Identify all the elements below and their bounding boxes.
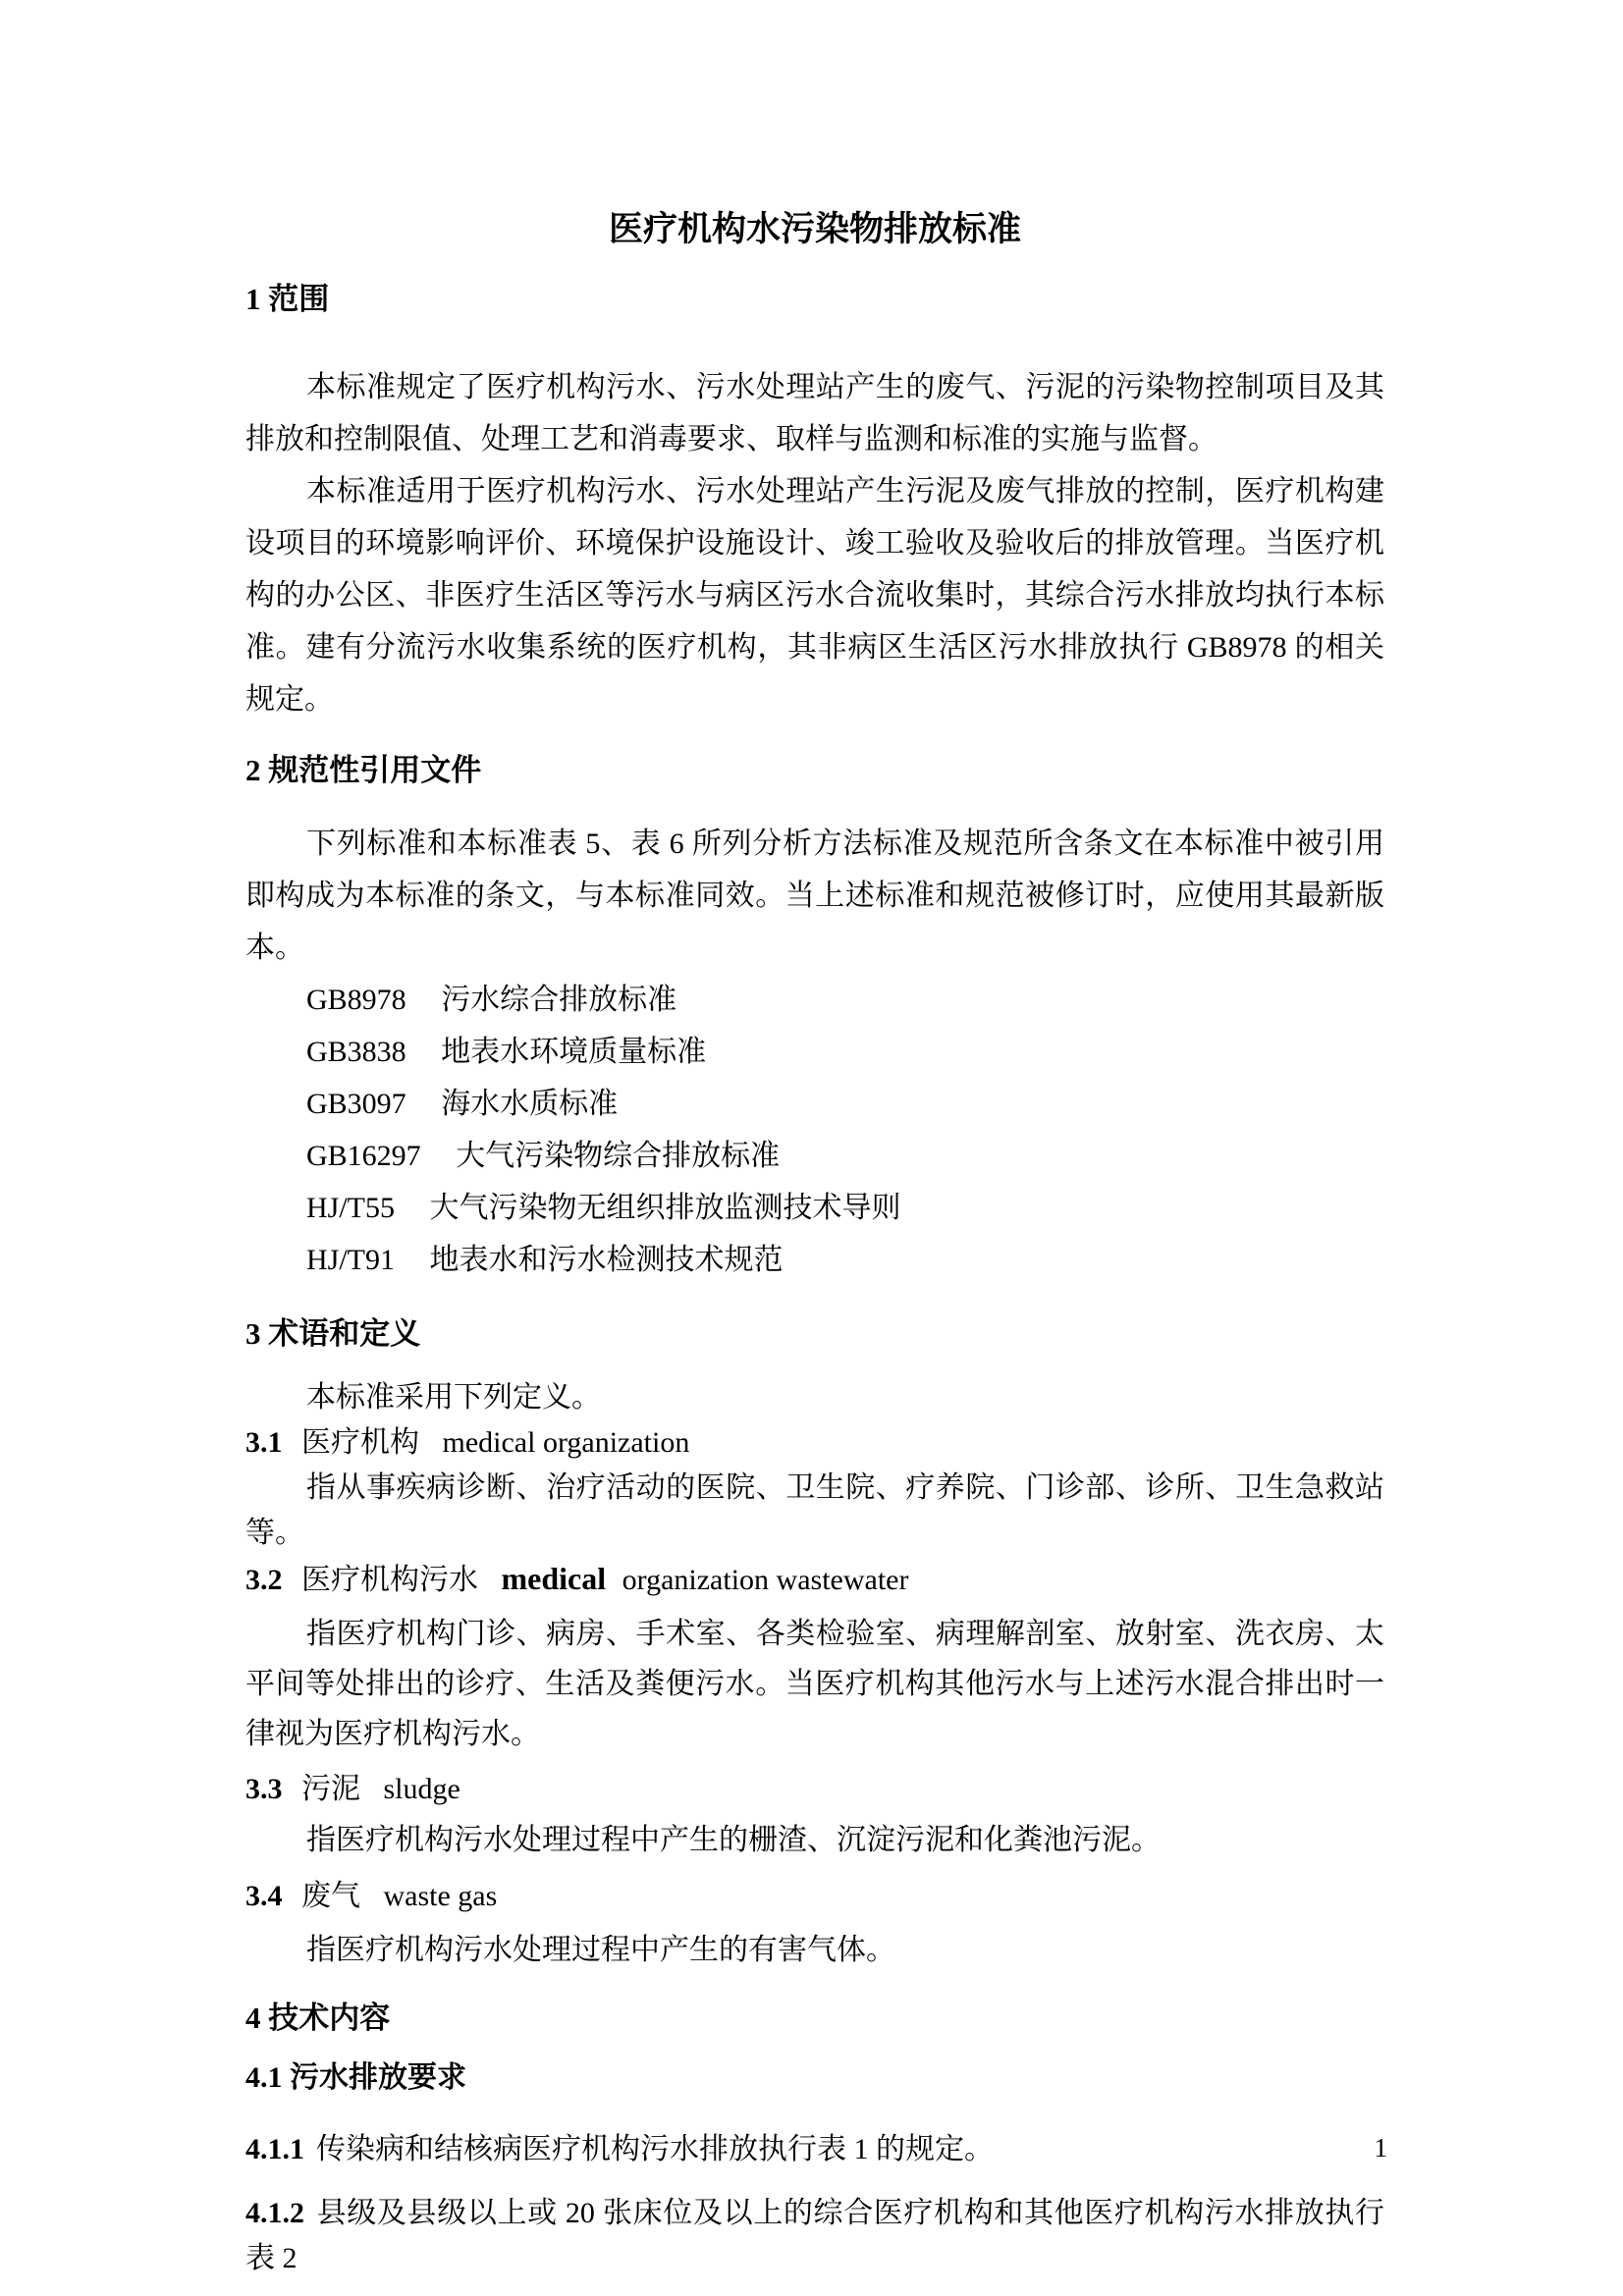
reference-item: GB3097 海水水质标准 xyxy=(245,1078,1384,1130)
reference-item: GB16297 大气污染物综合排放标准 xyxy=(245,1130,1384,1182)
term-zh: 污泥 xyxy=(301,1773,360,1805)
reference-item: HJ/T91 地表水和污水检测技术规范 xyxy=(245,1234,1384,1286)
term-zh: 医疗机构污水 xyxy=(301,1564,478,1596)
reference-code: HJ/T91 xyxy=(306,1244,395,1276)
term-en: sludge xyxy=(384,1773,460,1805)
term-en: waste gas xyxy=(384,1880,498,1912)
document-page: 医疗机构水污染物排放标准 1 范围 本标准规定了医疗机构污水、污水处理站产生的废… xyxy=(0,0,1623,2296)
term-definition-3-2: 指医疗机构门诊、病房、手术室、各类检验室、病理解剖室、放射室、洗衣房、太平间等处… xyxy=(245,1609,1384,1759)
section-scope: 1 范围 本标准规定了医疗机构污水、污水处理站产生的废气、污泥的污染物控制项目及… xyxy=(245,278,1384,725)
reference-title: 地表水环境质量标准 xyxy=(441,1036,706,1068)
page-number: 1 xyxy=(1375,2132,1388,2163)
term-zh: 医疗机构 xyxy=(301,1426,419,1459)
term-zh: 废气 xyxy=(301,1880,360,1912)
section-references: 2 规范性引用文件 下列标准和本标准表 5、表 6 所列分析方法标准及规范所含条… xyxy=(245,749,1384,1286)
reference-title: 地表水和污水检测技术规范 xyxy=(430,1244,784,1276)
clause-text: 传染病和结核病医疗机构污水排放执行表 1 的规定。 xyxy=(316,2133,994,2165)
term-number: 3.3 xyxy=(245,1773,283,1805)
term-line-3-3: 3.3 污泥 sludge xyxy=(245,1767,1384,1812)
scope-heading: 1 范围 xyxy=(245,278,1384,321)
section-technical: 4 技术内容 4.1 污水排放要求 4.1.1传染病和结核病医疗机构污水排放执行… xyxy=(245,1997,1384,2281)
technical-heading: 4 技术内容 xyxy=(245,1997,1384,2040)
reference-code: HJ/T55 xyxy=(306,1192,395,1224)
term-definition-3-4: 指医疗机构污水处理过程中产生的有害气体。 xyxy=(245,1928,1384,1973)
reference-code: GB3838 xyxy=(306,1036,406,1068)
scope-paragraph-2: 本标准适用于医疗机构污水、污水处理站产生污泥及废气排放的控制，医疗机构建设项目的… xyxy=(245,465,1384,725)
reference-title: 污水综合排放标准 xyxy=(441,984,676,1016)
terms-intro: 本标准采用下列定义。 xyxy=(245,1375,1384,1420)
reference-item: GB3838 地表水环境质量标准 xyxy=(245,1026,1384,1078)
term-number: 3.4 xyxy=(245,1880,283,1912)
reference-title: 海水水质标准 xyxy=(441,1088,618,1120)
reference-title: 大气污染物综合排放标准 xyxy=(456,1140,780,1172)
reference-code: GB8978 xyxy=(306,984,406,1016)
clause-text: 县级及县级以上或 20 张床位及以上的综合医疗机构和其他医疗机构污水排放执行表 … xyxy=(245,2197,1384,2274)
term-line-3-2: 3.2 医疗机构污水 medical organization wastewat… xyxy=(245,1556,1384,1603)
term-line-3-1: 3.1 医疗机构 medical organization xyxy=(245,1420,1384,1466)
term-en-emphasis: medical xyxy=(502,1561,607,1596)
clause-number: 4.1.1 xyxy=(245,2133,304,2165)
document-title: 医疗机构水污染物排放标准 xyxy=(245,208,1384,251)
terms-heading: 3 术语和定义 xyxy=(245,1312,1384,1356)
term-definition-3-1: 指从事疾病诊断、治疗活动的医院、卫生院、疗养院、门诊部、诊所、卫生急救站等。 xyxy=(245,1466,1384,1556)
term-en: medical organization xyxy=(443,1426,690,1459)
clause-4-1-1: 4.1.1传染病和结核病医疗机构污水排放执行表 1 的规定。 xyxy=(245,2127,1384,2172)
scope-paragraph-1: 本标准规定了医疗机构污水、污水处理站产生的废气、污泥的污染物控制项目及其排放和控… xyxy=(245,361,1384,465)
reference-item: HJ/T55 大气污染物无组织排放监测技术导则 xyxy=(245,1182,1384,1234)
term-number: 3.1 xyxy=(245,1426,283,1459)
reference-code: GB3097 xyxy=(306,1088,406,1120)
term-definition-3-3: 指医疗机构污水处理过程中产生的栅渣、沉淀污泥和化粪池污泥。 xyxy=(245,1818,1384,1863)
section-terms: 3 术语和定义 本标准采用下列定义。 3.1 医疗机构 medical orga… xyxy=(245,1312,1384,1973)
reference-item: GB8978 污水综合排放标准 xyxy=(245,974,1384,1026)
term-number: 3.2 xyxy=(245,1564,283,1596)
references-heading: 2 规范性引用文件 xyxy=(245,749,1384,792)
wastewater-requirements-heading: 4.1 污水排放要求 xyxy=(245,2056,1384,2100)
document-content: 医疗机构水污染物排放标准 1 范围 本标准规定了医疗机构污水、污水处理站产生的废… xyxy=(245,208,1384,2281)
term-en: organization wastewater xyxy=(622,1564,909,1596)
clause-number: 4.1.2 xyxy=(245,2197,304,2229)
term-line-3-4: 3.4 废气 waste gas xyxy=(245,1874,1384,1919)
reference-code: GB16297 xyxy=(306,1140,421,1172)
clause-4-1-2: 4.1.2县级及县级以上或 20 张床位及以上的综合医疗机构和其他医疗机构污水排… xyxy=(245,2191,1384,2281)
references-intro: 下列标准和本标准表 5、表 6 所列分析方法标准及规范所含条文在本标准中被引用即… xyxy=(245,818,1384,974)
reference-title: 大气污染物无组织排放监测技术导则 xyxy=(430,1192,901,1224)
